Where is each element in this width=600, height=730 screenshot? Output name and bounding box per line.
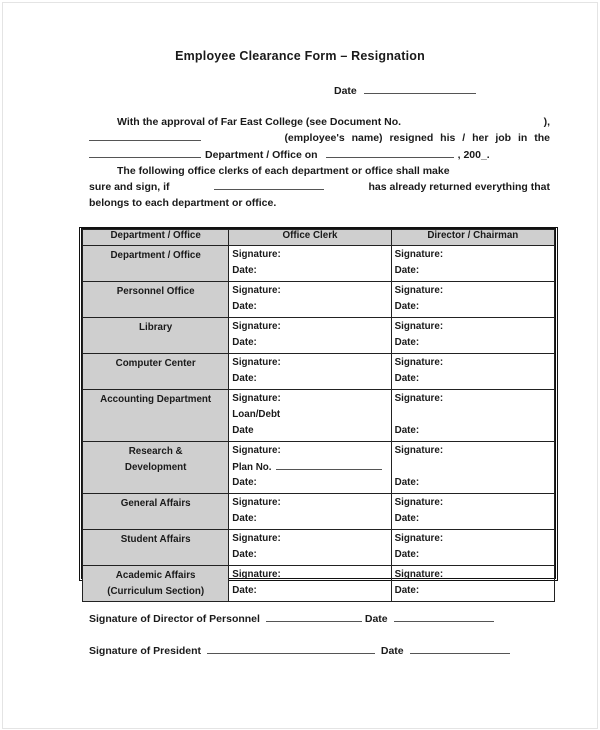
director-signature-label: Signature of Director of Personnel (89, 613, 260, 625)
loan-debt-field[interactable]: Loan/Debt (232, 407, 387, 423)
director-cell[interactable]: Signature:Date: (391, 442, 554, 494)
date-field[interactable]: Date (232, 423, 387, 439)
blank-line[interactable] (395, 407, 551, 423)
table-row: Student AffairsSignature:Date:Signature:… (83, 530, 555, 566)
paragraph-line-6: belongs to each department or office. (89, 195, 550, 211)
table-row: Research &DevelopmentSignature:Plan No.D… (83, 442, 555, 494)
signature-field[interactable]: Signature: (232, 247, 387, 263)
signature-field[interactable]: Signature: (395, 355, 551, 371)
director-cell[interactable]: Signature:Date: (391, 282, 554, 318)
signature-label: Signature: (395, 249, 443, 260)
signature-label: Signature: (395, 357, 443, 368)
header-office-clerk: Office Clerk (229, 230, 391, 246)
date-field[interactable]: Date: (232, 335, 387, 351)
department-name: Computer Center (83, 356, 228, 372)
department-name: Personnel Office (83, 284, 228, 300)
date-field[interactable]: Date: (395, 371, 551, 387)
paragraph-text: has already returned everything that (369, 179, 550, 195)
paragraph-text: With the approval of Far East College (s… (117, 114, 401, 130)
department-name: Student Affairs (83, 532, 228, 548)
employee-blank-2[interactable] (214, 179, 324, 190)
department-name: Department / Office (83, 248, 228, 264)
date-field[interactable]: Date: (395, 263, 551, 279)
header-department: Department / Office (83, 230, 229, 246)
signature-label: Signature: (232, 569, 280, 580)
signature-field[interactable]: Signature: (232, 443, 387, 459)
date-label: Date: (395, 585, 420, 596)
date-label: Date: (395, 425, 420, 436)
plan-no-label: Plan No. (232, 462, 271, 473)
department-name: Research & (83, 444, 228, 460)
date-field[interactable]: Date: (232, 511, 387, 527)
date-field[interactable]: Date: (232, 547, 387, 563)
form-title: Employee Clearance Form – Resignation (0, 49, 600, 63)
plan-no-blank[interactable] (276, 459, 382, 470)
department-blank[interactable] (89, 147, 201, 158)
date-label: Date: (232, 585, 257, 596)
department-name: Library (83, 320, 228, 336)
office-clerk-cell[interactable]: Signature:Date: (229, 246, 391, 282)
date-label: Date: (395, 549, 420, 560)
table-row: Computer CenterSignature:Date:Signature:… (83, 354, 555, 390)
director-date-blank[interactable] (394, 611, 494, 622)
department-name-cell: Computer Center (83, 354, 229, 390)
signature-label: Signature: (395, 285, 443, 296)
date-label: Date: (395, 301, 420, 312)
director-signature-blank[interactable] (266, 611, 362, 622)
department-name-cell: Academic Affairs(Curriculum Section) (83, 566, 229, 602)
director-signature-line: Signature of Director of Personnel Date (89, 611, 497, 625)
signature-label: Signature: (232, 249, 280, 260)
signature-field[interactable]: Signature: (395, 247, 551, 263)
paragraph-line-4: The following office clerks of each depa… (89, 163, 550, 179)
signature-field[interactable]: Signature: (395, 391, 551, 407)
date-label: Date: (232, 265, 257, 276)
plan-no-field[interactable]: Plan No. (232, 459, 387, 475)
date-label: Date: (395, 373, 420, 384)
table-row: Academic Affairs(Curriculum Section)Sign… (83, 566, 555, 602)
paragraph-text: belongs to each department or office. (89, 195, 276, 211)
header-director: Director / Chairman (391, 230, 554, 246)
signature-field[interactable]: Signature: (232, 531, 387, 547)
signature-field[interactable]: Signature: (232, 283, 387, 299)
table-row: LibrarySignature:Date:Signature:Date: (83, 318, 555, 354)
paragraph-line-5: sure and sign, if has already returned e… (89, 179, 550, 195)
date-label: Date: (395, 513, 420, 524)
clearance-table: Department / Office Office Clerk Directo… (82, 229, 555, 602)
employee-name-blank[interactable] (89, 130, 201, 141)
signature-field[interactable]: Signature: (232, 567, 387, 583)
paragraph-line-1: With the approval of Far East College (s… (89, 114, 550, 130)
signature-label: Signature: (232, 445, 280, 456)
date-blank-field[interactable] (364, 83, 476, 94)
director-date-label: Date (365, 613, 388, 625)
signature-label: Signature: (232, 357, 280, 368)
department-name-cell: Student Affairs (83, 530, 229, 566)
date-label: Date (334, 85, 357, 97)
date-field[interactable]: Date: (232, 299, 387, 315)
department-name: General Affairs (83, 496, 228, 512)
president-signature-blank[interactable] (207, 643, 375, 654)
table-row: Department / OfficeSignature:Date:Signat… (83, 246, 555, 282)
director-cell[interactable]: Signature:Date: (391, 530, 554, 566)
table-header-row: Department / Office Office Clerk Directo… (83, 230, 555, 246)
signature-field[interactable]: Signature: (395, 319, 551, 335)
paragraph-text: The following office clerks of each depa… (117, 163, 450, 179)
paragraph-text: (employee's name) resigned his / her job… (284, 130, 550, 146)
signature-field[interactable]: Signature: (395, 443, 551, 459)
president-signature-line: Signature of President Date (89, 643, 513, 657)
signature-field[interactable]: Signature: (232, 391, 387, 407)
signature-label: Signature: (395, 497, 443, 508)
clearance-table-frame: Department / Office Office Clerk Directo… (79, 227, 558, 581)
date-field[interactable]: Date: (232, 583, 387, 599)
date-label: Date: (232, 301, 257, 312)
president-date-blank[interactable] (410, 643, 510, 654)
date-label: Date: (232, 477, 257, 488)
department-name: (Curriculum Section) (83, 584, 228, 600)
date-label: Date: (232, 513, 257, 524)
resign-date-blank[interactable] (326, 147, 454, 158)
paragraph-line-3: Department / Office on , 200_. (89, 147, 550, 163)
signature-field[interactable]: Signature: (395, 495, 551, 511)
director-cell[interactable]: Signature:Date: (391, 566, 554, 602)
office-clerk-cell[interactable]: Signature:Date: (229, 318, 391, 354)
paragraph-text: Department / Office on (205, 147, 318, 163)
department-name-cell: Accounting Department (83, 390, 229, 442)
date-label: Date: (232, 549, 257, 560)
signature-field[interactable]: Signature: (395, 567, 551, 583)
signature-label: Signature: (232, 497, 280, 508)
date-field[interactable]: Date: (395, 335, 551, 351)
date-field[interactable]: Date: (232, 371, 387, 387)
director-cell[interactable]: Signature:Date: (391, 246, 554, 282)
paragraph-text: , 200_. (458, 147, 490, 163)
signature-label: Signature: (232, 393, 280, 404)
loan-debt-label: Loan/Debt (232, 409, 280, 420)
signature-label: Signature: (395, 321, 443, 332)
office-clerk-cell[interactable]: Signature:Date: (229, 494, 391, 530)
department-name-cell: Research &Development (83, 442, 229, 494)
office-clerk-cell[interactable]: Signature:Date: (229, 530, 391, 566)
date-label: Date (232, 425, 253, 436)
director-cell[interactable]: Signature:Date: (391, 354, 554, 390)
department-name-cell: Library (83, 318, 229, 354)
date-label: Date: (395, 337, 420, 348)
signature-label: Signature: (232, 533, 280, 544)
paragraph-text: sure and sign, if (89, 179, 170, 195)
signature-label: Signature: (395, 393, 443, 404)
president-date-label: Date (381, 645, 404, 657)
director-cell[interactable]: Signature:Date: (391, 390, 554, 442)
date-label: Date: (395, 265, 420, 276)
department-name: Development (83, 460, 228, 476)
table-row: General AffairsSignature:Date:Signature:… (83, 494, 555, 530)
director-cell[interactable]: Signature:Date: (391, 318, 554, 354)
signature-field[interactable]: Signature: (232, 355, 387, 371)
department-name-cell: Department / Office (83, 246, 229, 282)
date-line: Date (334, 83, 476, 97)
signature-field[interactable]: Signature: (395, 531, 551, 547)
table-row: Accounting DepartmentSignature:Loan/Debt… (83, 390, 555, 442)
signature-label: Signature: (395, 445, 443, 456)
department-name-cell: Personnel Office (83, 282, 229, 318)
date-field[interactable]: Date: (395, 583, 551, 599)
date-field[interactable]: Date: (232, 263, 387, 279)
date-field[interactable]: Date: (395, 299, 551, 315)
date-label: Date: (232, 337, 257, 348)
office-clerk-cell[interactable]: Signature:Date: (229, 354, 391, 390)
office-clerk-cell[interactable]: Signature:Plan No.Date: (229, 442, 391, 494)
date-field[interactable]: Date: (395, 475, 551, 491)
signature-field[interactable]: Signature: (232, 319, 387, 335)
department-name: Academic Affairs (83, 568, 228, 584)
blank-line[interactable] (395, 459, 551, 475)
office-clerk-cell[interactable]: Signature:Date: (229, 566, 391, 602)
paragraph-text: ), (544, 114, 550, 130)
date-field[interactable]: Date: (395, 423, 551, 439)
date-label: Date: (232, 373, 257, 384)
office-clerk-cell[interactable]: Signature:Date: (229, 282, 391, 318)
signature-label: Signature: (395, 533, 443, 544)
signature-label: Signature: (395, 569, 443, 580)
date-field[interactable]: Date: (395, 547, 551, 563)
director-cell[interactable]: Signature:Date: (391, 494, 554, 530)
date-field[interactable]: Date: (232, 475, 387, 491)
department-name: Accounting Department (83, 392, 228, 408)
table-row: Personnel OfficeSignature:Date:Signature… (83, 282, 555, 318)
date-label: Date: (395, 477, 420, 488)
signature-field[interactable]: Signature: (395, 283, 551, 299)
signature-field[interactable]: Signature: (232, 495, 387, 511)
approval-paragraph: With the approval of Far East College (s… (89, 114, 550, 212)
signature-label: Signature: (232, 285, 280, 296)
president-signature-label: Signature of President (89, 645, 201, 657)
signature-label: Signature: (232, 321, 280, 332)
paragraph-line-2: (employee's name) resigned his / her job… (89, 130, 550, 146)
department-name-cell: General Affairs (83, 494, 229, 530)
date-field[interactable]: Date: (395, 511, 551, 527)
office-clerk-cell[interactable]: Signature:Loan/DebtDate (229, 390, 391, 442)
